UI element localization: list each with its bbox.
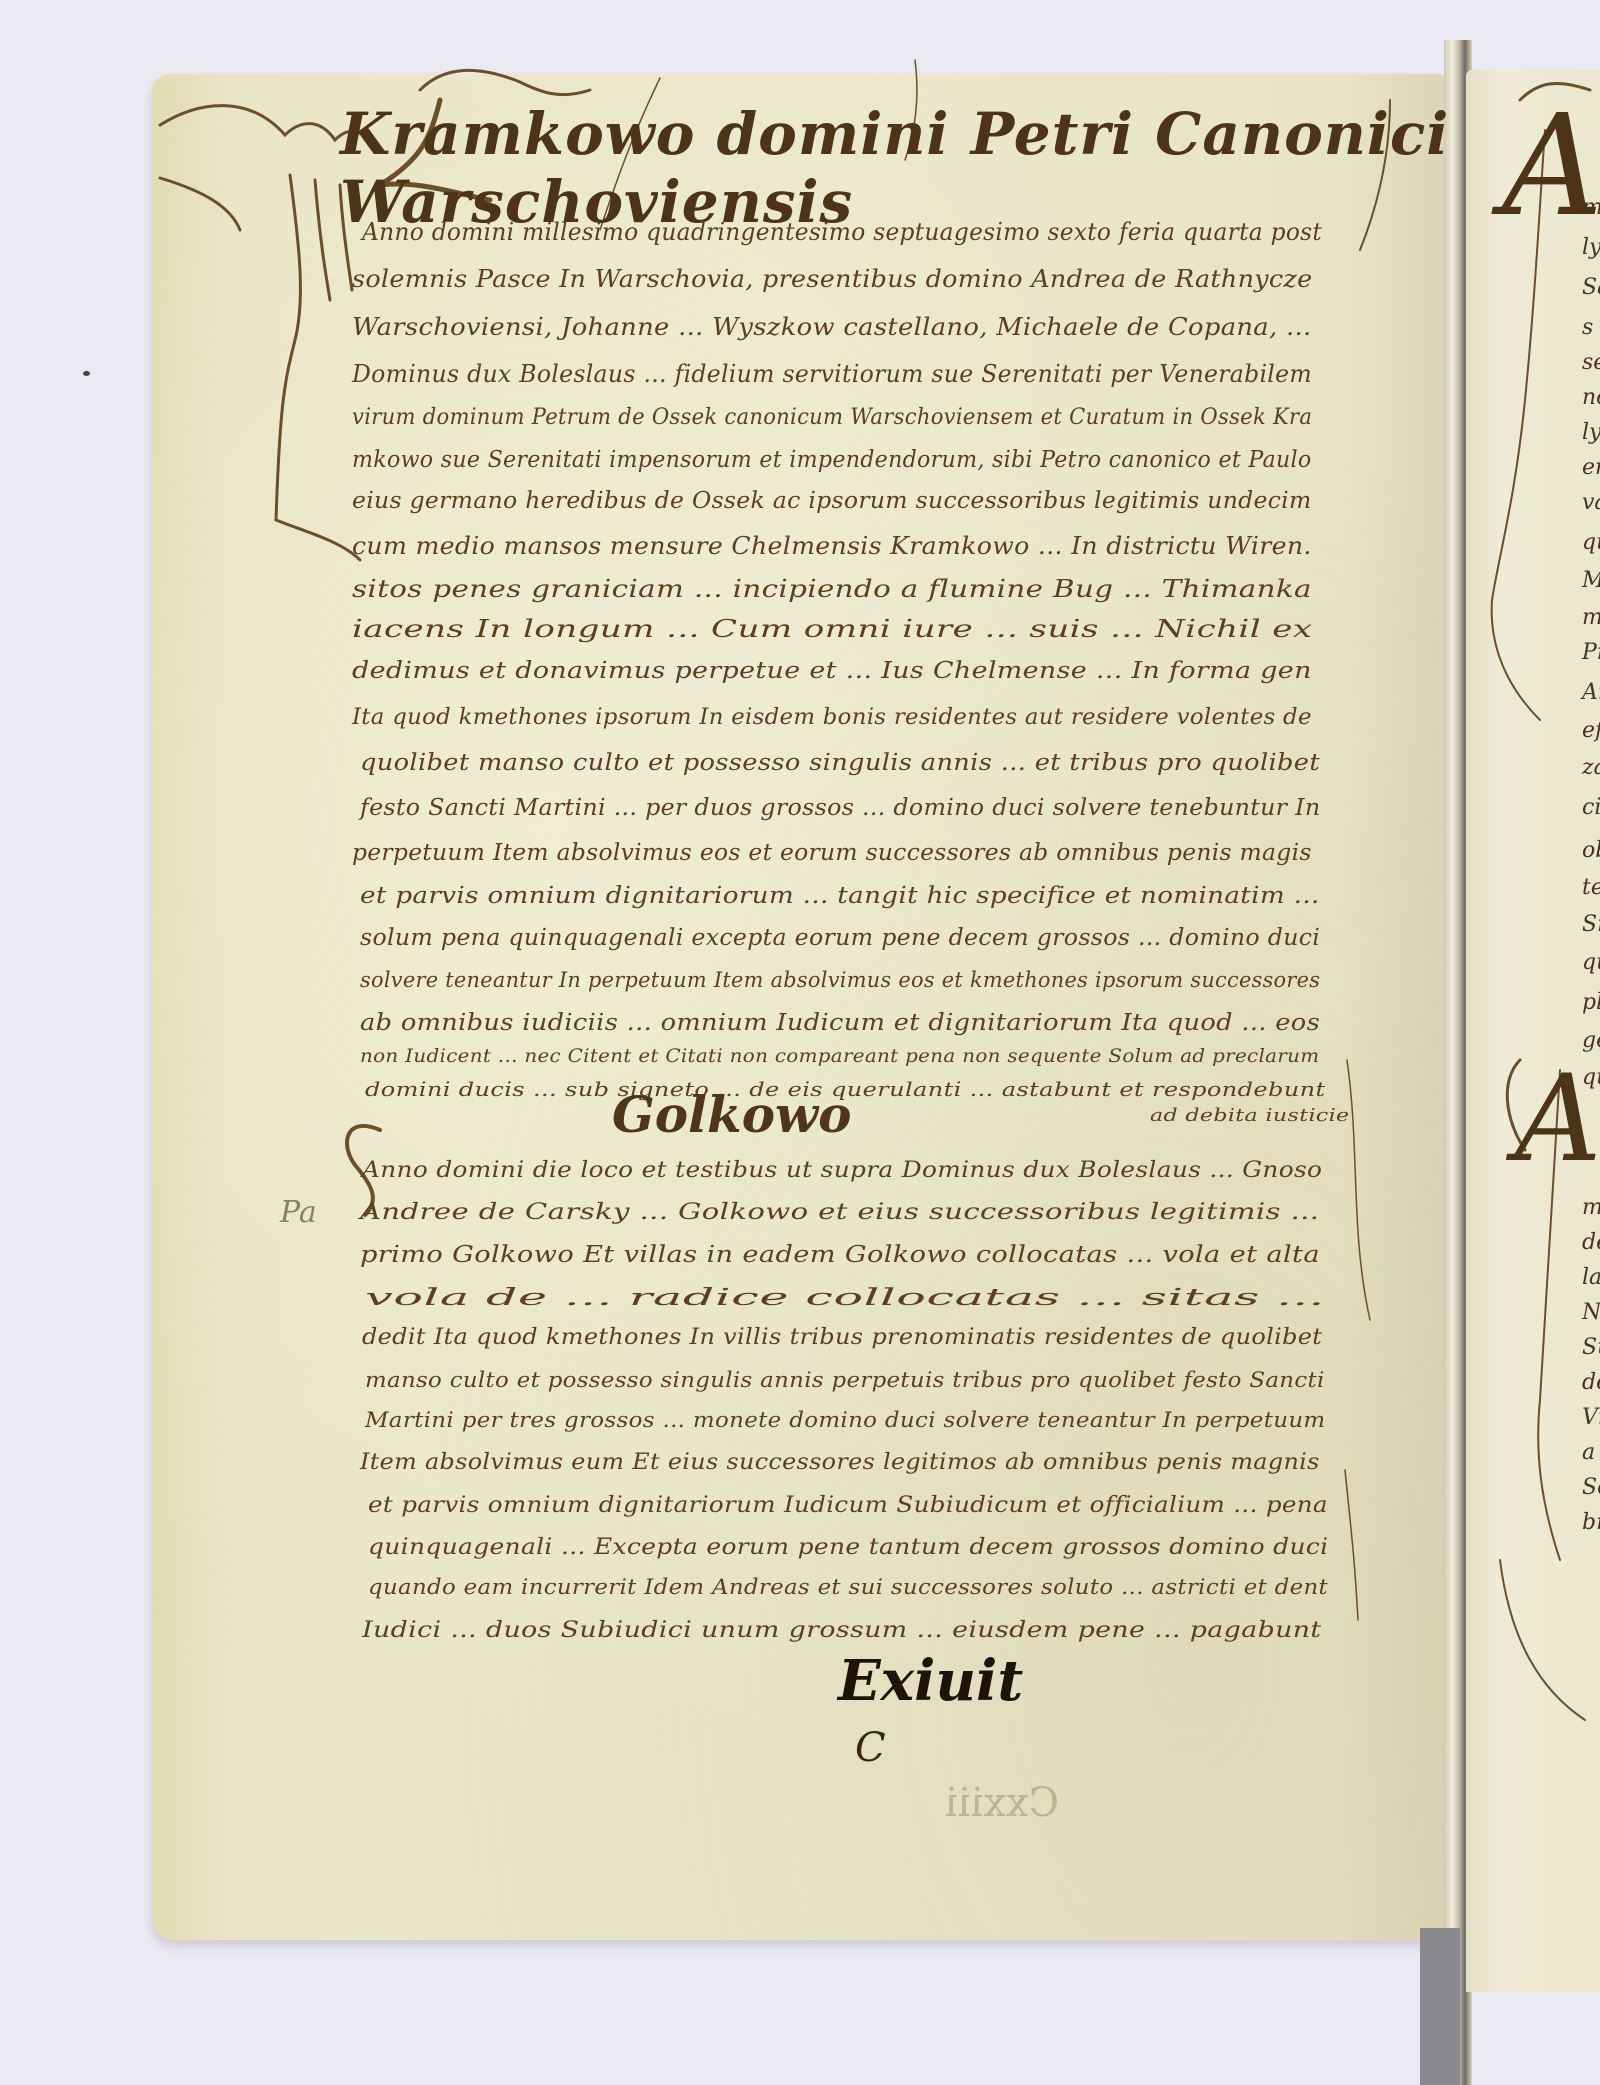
right-fragment: Sam xyxy=(1582,275,1600,300)
text-line: Warschoviensi, Johanne ... Wyszkow caste… xyxy=(352,313,1312,341)
right-fragment: Nar xyxy=(1582,1300,1600,1325)
explicit-mark: Exiuit xyxy=(838,1648,1023,1714)
text-line: dedit Ita quod kmethones In villis tribu… xyxy=(362,1325,1322,1350)
right-fragment: Sub xyxy=(1582,1335,1600,1360)
right-fragment: Vra xyxy=(1582,1405,1600,1430)
right-fragment: zam xyxy=(1582,755,1600,780)
text-line: Dominus dux Boleslaus ... fidelium servi… xyxy=(352,360,1312,388)
right-fragment: Preze xyxy=(1582,640,1600,665)
right-fragment: a xyxy=(1582,1440,1595,1465)
section-heading: Golkowo xyxy=(612,1085,851,1144)
text-line: solvere teneantur In perpetuum Item abso… xyxy=(360,968,1320,992)
right-fragment: obie xyxy=(1582,838,1600,863)
text-line: Martini per tres grossos ... monete domi… xyxy=(365,1408,1326,1432)
right-fragment: valla xyxy=(1582,490,1600,515)
text-line: manso culto et possesso singulis annis p… xyxy=(365,1368,1325,1392)
text-line: et parvis omnium dignitariorum ... tangi… xyxy=(360,883,1320,909)
text-line: Andree de Carsky ... Golkowo et eius suc… xyxy=(360,1200,1319,1225)
page-title: Kramkowo domini Petri Canonici Warschovi… xyxy=(340,100,1600,236)
right-manuscript-page xyxy=(1466,70,1600,1992)
text-line: quolibet manso culto et possesso singuli… xyxy=(360,750,1320,776)
text-line: solum pena quinquagenali excepta eorum p… xyxy=(360,925,1320,951)
text-line: quinquagenali ... Excepta eorum pene tan… xyxy=(368,1535,1328,1560)
text-line: solemnis Pasce In Warschovia, presentibu… xyxy=(352,265,1312,293)
right-fragment: Ma xyxy=(1582,568,1600,593)
right-fragment: mo xyxy=(1582,195,1600,220)
text-line: sitos penes graniciam ... incipiendo a f… xyxy=(352,575,1312,603)
right-fragment: de xyxy=(1582,1230,1600,1255)
right-fragment: lyf xyxy=(1582,235,1600,260)
text-line: perpetuum Item absolvimus eos et eorum s… xyxy=(352,840,1312,866)
text-line: et parvis omnium dignitariorum Iudicum S… xyxy=(368,1493,1328,1518)
small-mark: C xyxy=(855,1725,886,1771)
right-fragment: lykro xyxy=(1582,420,1600,445)
right-fragment: lab xyxy=(1582,1265,1600,1290)
text-line: festo Sancti Martini ... per duos grosso… xyxy=(360,795,1320,821)
right-fragment: mu xyxy=(1582,1195,1600,1220)
text-line: vola de ... radice collocatas ... sitas … xyxy=(365,1285,1325,1311)
right-fragment: end xyxy=(1582,455,1600,480)
text-line: primo Golkowo Et villas in eadem Golkowo… xyxy=(360,1242,1320,1268)
right-fragment: brub xyxy=(1582,1510,1600,1535)
stray-speck xyxy=(83,371,90,376)
right-fragment: tem xyxy=(1582,875,1600,900)
right-fragment: quod xyxy=(1582,950,1600,975)
margin-note: Pa xyxy=(280,1195,317,1230)
text-line: eius germano heredibus de Ossek ac ipsor… xyxy=(352,488,1312,514)
text-line: non Iudicent ... nec Citent et Citati no… xyxy=(360,1045,1319,1067)
left-manuscript-page xyxy=(152,74,1444,1940)
right-fragment: mone xyxy=(1582,605,1600,630)
right-fragment: efac xyxy=(1582,718,1600,743)
text-line: quando eam incurrerit Idem Andreas et su… xyxy=(368,1575,1328,1599)
right-fragment: Se xyxy=(1582,1475,1600,1500)
text-line: ad debita iusticie xyxy=(1150,1105,1350,1126)
text-line: virum dominum Petrum de Ossek canonicum … xyxy=(352,405,1312,430)
text-line: Ita quod kmethones ipsorum In eisdem bon… xyxy=(352,705,1312,730)
text-line: ab omnibus iudiciis ... omnium Iudicum e… xyxy=(360,1010,1320,1036)
right-fragment: citta xyxy=(1582,795,1600,820)
right-page-initial: A xyxy=(1502,85,1600,248)
right-fragment: plat xyxy=(1582,990,1600,1015)
text-line: Iudici ... duos Subiudici unum grossum .… xyxy=(362,1618,1322,1643)
folio-number-bleedthrough: Cxxiii xyxy=(945,1780,1059,1826)
right-fragment: geral xyxy=(1582,1028,1600,1053)
right-fragment: Snbe xyxy=(1582,912,1600,937)
text-line: cum medio mansos mensure Chelmensis Kram… xyxy=(352,532,1312,560)
text-line: Anno domini die loco et testibus ut supr… xyxy=(362,1158,1322,1183)
right-fragment: sed xyxy=(1582,350,1600,375)
right-fragment: s xyxy=(1582,315,1593,340)
right-fragment: quod xyxy=(1582,1065,1600,1090)
gutter-clamp xyxy=(1420,1928,1460,2085)
right-fragment: noyu xyxy=(1582,385,1600,410)
right-fragment: Andro xyxy=(1582,680,1600,705)
text-line: Item absolvimus eum Et eius successores … xyxy=(360,1450,1320,1475)
text-line: dedimus et donavimus perpetue et ... Ius… xyxy=(352,658,1312,684)
text-line: mkowo sue Serenitati impensorum et impen… xyxy=(352,447,1312,473)
right-fragment: de xyxy=(1582,1370,1600,1395)
text-line: iacens In longum ... Cum omni iure ... s… xyxy=(352,615,1312,643)
right-fragment: quol xyxy=(1582,530,1600,555)
text-line: Anno domini millesimo quadringentesimo s… xyxy=(362,218,1322,246)
